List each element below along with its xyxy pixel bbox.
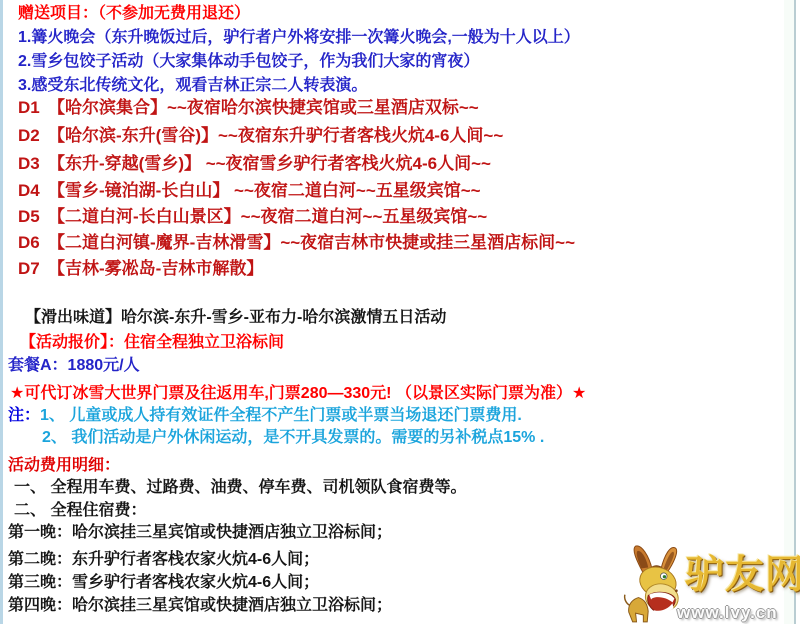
cost-item-transport: 一、 全程用车费、过路费、油费、停车费、司机领队食宿费等。 [14, 479, 466, 497]
gift-item-3: 3.感受东北传统文化，观看吉林正宗二人转表演。 [18, 77, 367, 95]
cost-item-night-2: 第二晚：东升驴行者客栈农家火炕4-6人间； [8, 551, 319, 569]
gift-section-title: 赠送项目：（不参加无费用退还） [18, 5, 250, 23]
itinerary-day-row: D1【哈尔滨集合】~~夜宿哈尔滨快捷宾馆或三星酒店双标~~ [18, 98, 479, 118]
page-root: 赠送项目：（不参加无费用退还） 1.篝火晚会（东升晚饭过后，驴行者户外将安排一次… [0, 0, 800, 624]
day-label: D1 [18, 98, 48, 118]
ticket-booking-note: ★可代订冰雪大世界门票及往返用车,门票280—330元! （以景区实际门票为准）… [10, 385, 586, 403]
cost-item-night-3: 第三晚：雪乡驴行者客栈农家火炕4-6人间； [8, 574, 319, 592]
activity-quote: 【活动报价】：住宿全程独立卫浴标间 [20, 334, 284, 352]
itinerary-day-row: D6【二道白河镇-魔界-吉林滑雪】~~夜宿吉林市快捷或挂三星酒店标间~~ [18, 233, 575, 253]
itinerary-day-row: D4【雪乡-镜泊湖-长白山】 ~~夜宿二道白河~~五星级宾馆~~ [18, 181, 481, 201]
site-name-text: 驴友网 [685, 544, 800, 600]
day-label: D2 [18, 126, 48, 146]
note-body: 1、 儿童或成人持有效证件全程不产生门票或半票当场退还门票费用. [40, 407, 522, 424]
activity-title: 【滑出味道】哈尔滨-东升-雪乡-亚布力-哈尔滨激情五日活动 [25, 309, 446, 327]
day-desc: 【吉林-雾凇岛-吉林市解散】 [48, 259, 263, 278]
day-label: D7 [18, 259, 48, 279]
day-desc: 【哈尔滨-东升(雪谷)】~~夜宿东升驴行者客栈火炕4-6人间~~ [48, 126, 503, 145]
gift-item-1: 1.篝火晚会（东升晚饭过后，驴行者户外将安排一次篝火晚会,一般为十人以上） [18, 29, 580, 47]
package-price: 套餐A：1880元/人 [8, 357, 140, 375]
day-label: D4 [18, 181, 48, 201]
day-desc: 【二道白河镇-魔界-吉林滑雪】~~夜宿吉林市快捷或挂三星酒店标间~~ [48, 233, 575, 252]
day-desc: 【东升-穿越(雪乡)】 ~~夜宿雪乡驴行者客栈火炕4-6人间~~ [48, 154, 491, 173]
gift-item-2: 2.雪乡包饺子活动（大家集体动手包饺子，作为我们大家的宵夜） [18, 53, 479, 71]
day-label: D5 [18, 207, 48, 227]
day-label: D3 [18, 154, 48, 174]
site-url-text: www.lvy.cn [677, 603, 778, 623]
itinerary-day-row: D3【东升-穿越(雪乡)】 ~~夜宿雪乡驴行者客栈火炕4-6人间~~ [18, 154, 491, 174]
itinerary-day-row: D7【吉林-雾凇岛-吉林市解散】 [18, 259, 263, 279]
cost-item-lodging-header: 二、 全程住宿费： [14, 502, 146, 520]
note-label: 注： [8, 407, 40, 424]
lvy-site-watermark: 驴友网 www.lvy.cn [621, 540, 797, 624]
right-edge-divider [794, 0, 796, 624]
itinerary-day-row: D5【二道白河-长白山景区】~~夜宿二道白河~~五星级宾馆~~ [18, 207, 487, 227]
cost-item-night-1: 第一晚：哈尔滨挂三星宾馆或快捷酒店独立卫浴标间； [8, 524, 392, 542]
cost-detail-title: 活动费用明细： [8, 457, 120, 475]
note-line-2: 2、 我们活动是户外休闲运动，是不开具发票的。需要的另补税点15% . [42, 429, 544, 447]
left-edge-divider [0, 0, 3, 624]
day-desc: 【二道白河-长白山景区】~~夜宿二道白河~~五星级宾馆~~ [48, 207, 487, 226]
cost-item-night-4: 第四晚：哈尔滨挂三星宾馆或快捷酒店独立卫浴标间； [8, 597, 392, 615]
day-desc: 【哈尔滨集合】~~夜宿哈尔滨快捷宾馆或三星酒店双标~~ [48, 98, 479, 117]
day-label: D6 [18, 233, 48, 253]
itinerary-day-row: D2【哈尔滨-东升(雪谷)】~~夜宿东升驴行者客栈火炕4-6人间~~ [18, 126, 503, 146]
note-line-1: 注：1、 儿童或成人持有效证件全程不产生门票或半票当场退还门票费用. [8, 407, 522, 425]
day-desc: 【雪乡-镜泊湖-长白山】 ~~夜宿二道白河~~五星级宾馆~~ [48, 181, 481, 200]
